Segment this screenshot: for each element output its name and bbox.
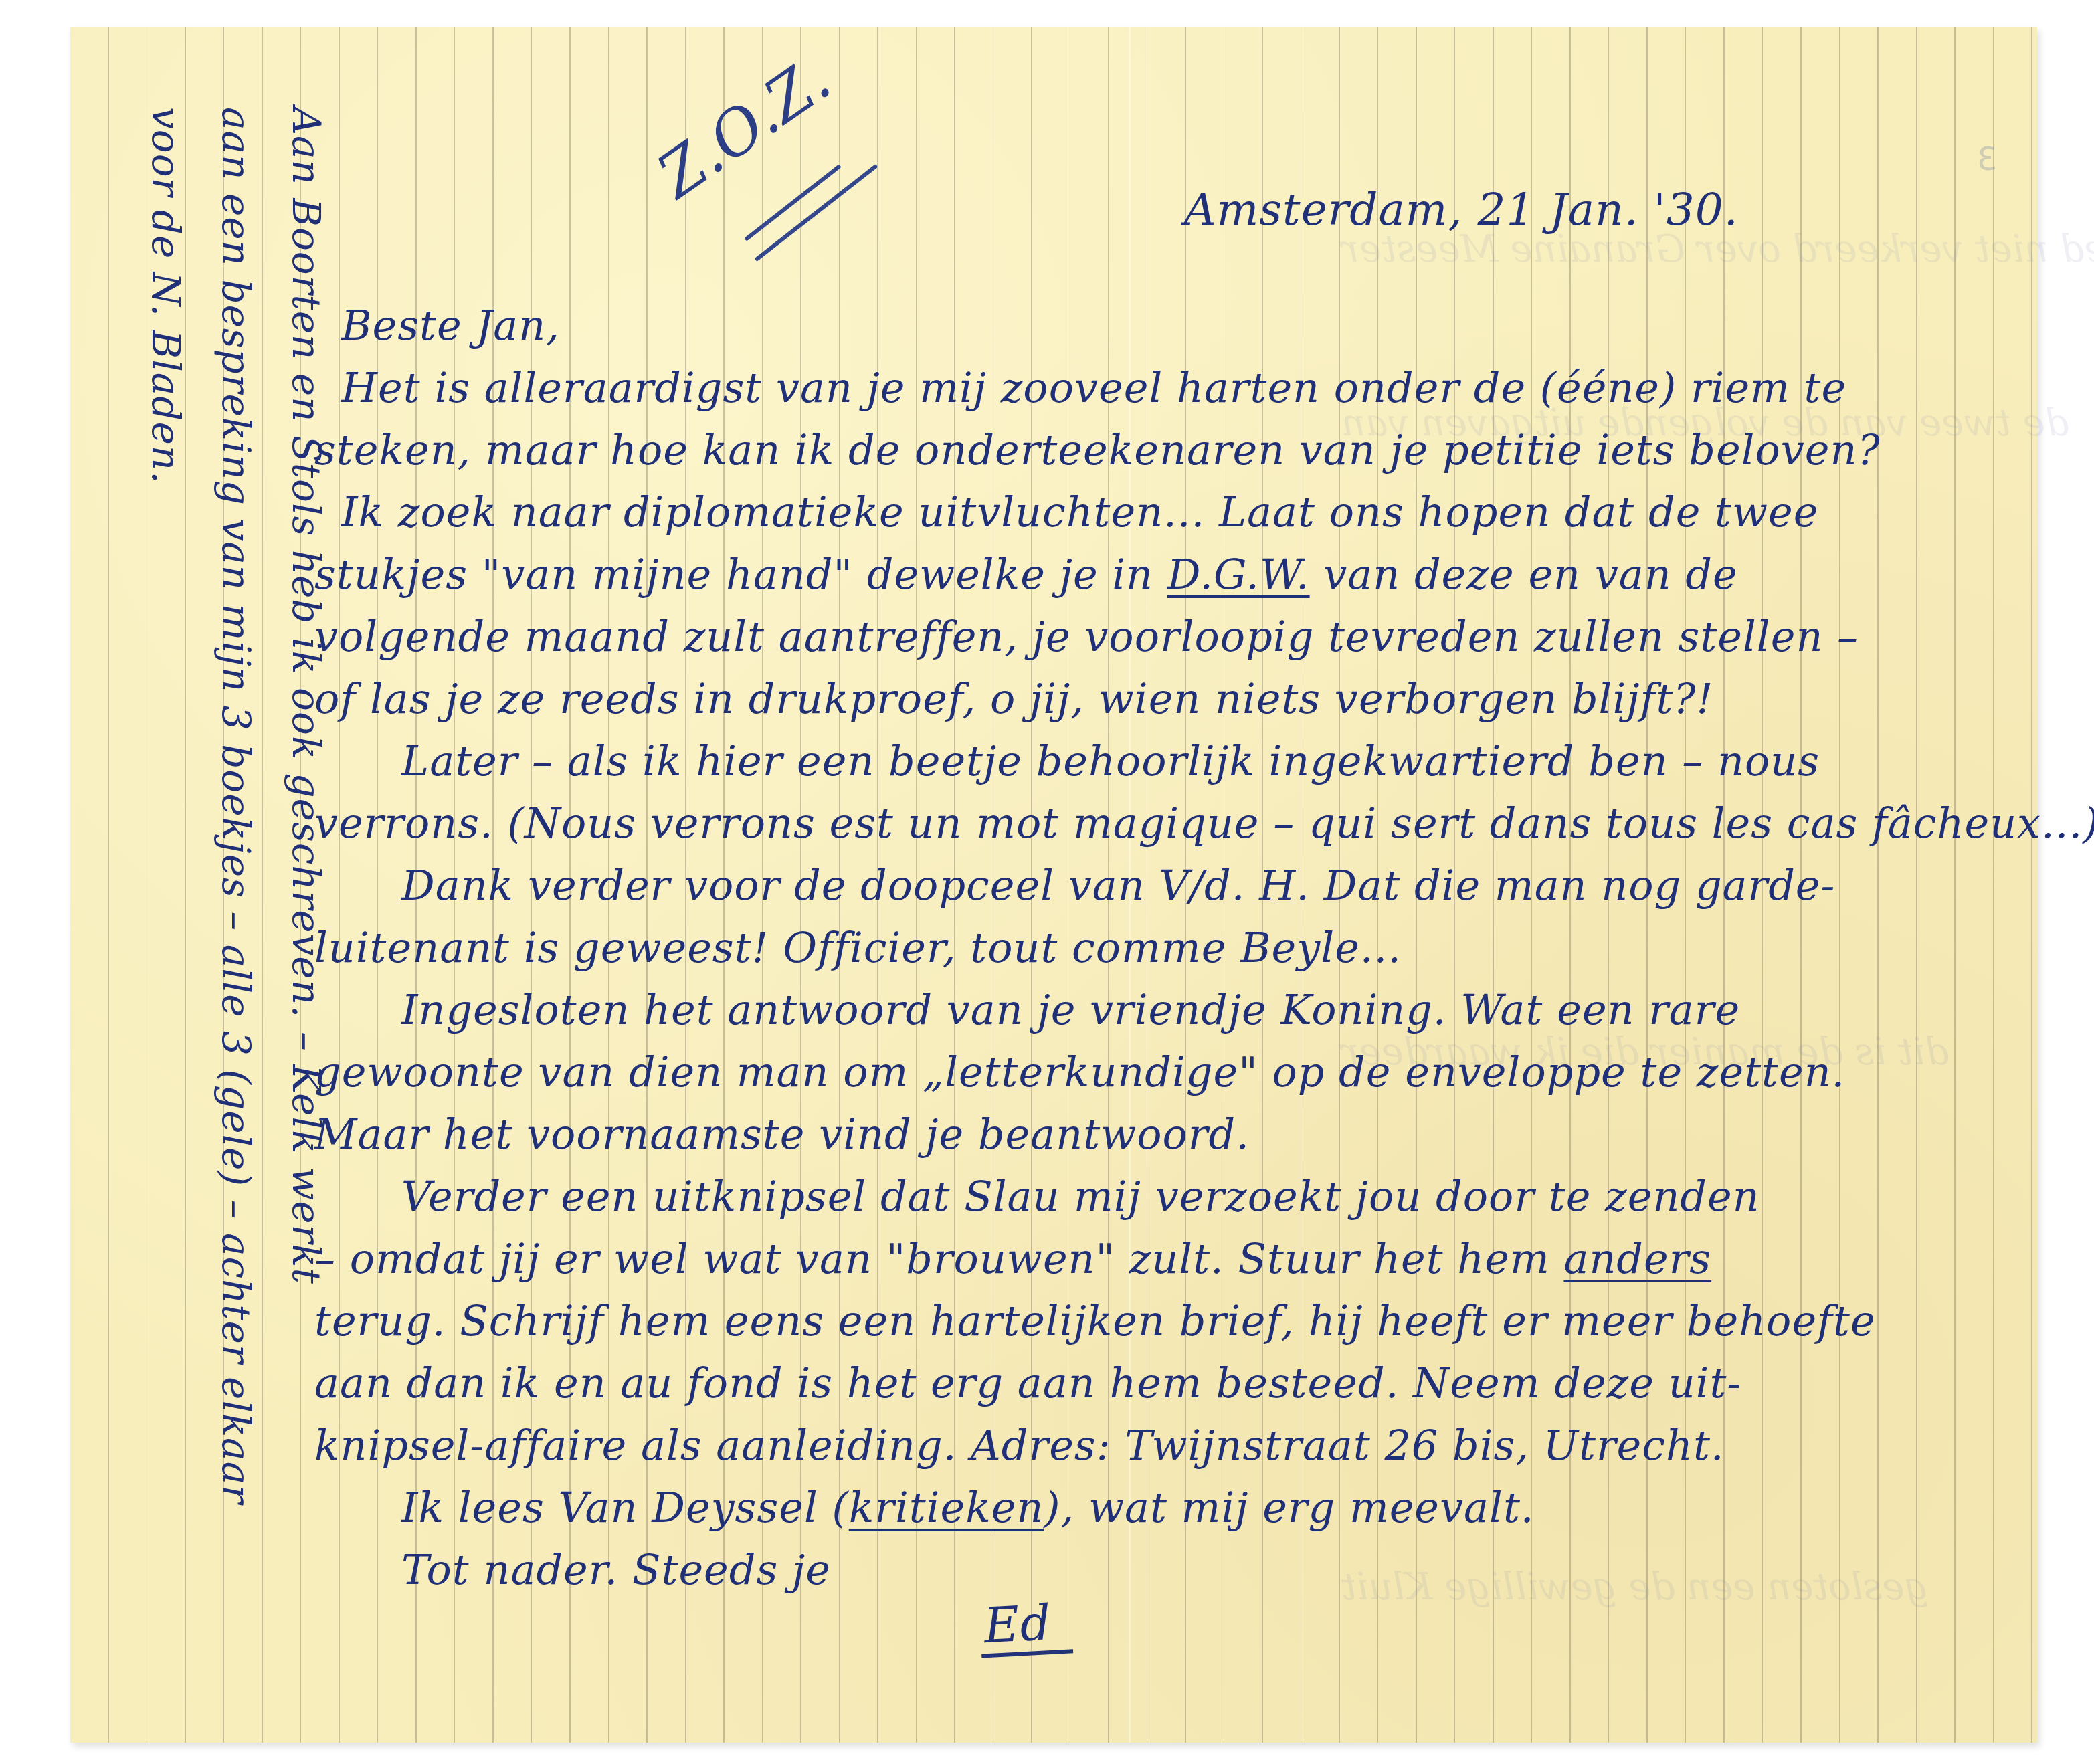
letter-line: gewoonte van dien man om „letterkundige"…	[314, 1041, 2027, 1103]
pencil-mark: Ɛ	[1977, 140, 1996, 178]
letter-line: stukjes "van mijne hand" dewelke je in D…	[314, 543, 2027, 605]
letter-line: Tot nader. Steeds je	[314, 1539, 2027, 1601]
margin-note-line: aan een bespreking van mijn 3 boekjes – …	[201, 107, 271, 1646]
letter-line: Ik lees Van Deyssel (kritieken), wat mij…	[314, 1476, 2027, 1539]
place-date: Amsterdam, 21 Jan. '30.	[1184, 184, 1739, 235]
letter-line: terug. Schrijf hem eens een hartelijken …	[314, 1290, 2027, 1352]
letter-line: – omdat jij er wel wat van "brouwen" zul…	[314, 1228, 2027, 1290]
underlined-word: kritieken	[849, 1483, 1044, 1532]
letter-line: aan dan ik en au fond is het erg aan hem…	[314, 1352, 2027, 1414]
letter-line: Dank verder voor de doopceel van V/d. H.…	[314, 854, 2027, 916]
letter-line: steken, maar hoe kan ik de onderteekenar…	[314, 419, 2027, 481]
letter-line: luitenant is geweest! Officier, tout com…	[314, 916, 2027, 979]
margin-note-line: Aan Boorten en Stols heb ik ook geschrev…	[271, 107, 341, 1646]
underlined-word: anders	[1563, 1234, 1711, 1283]
letter-body: Beste Jan, Het is alleraardigst van je m…	[314, 294, 2027, 1601]
letter-line: verrons. (Nous verrons est un mot magiqu…	[314, 792, 2027, 854]
letter-line: Ingesloten het antwoord van je vriendje …	[314, 979, 2027, 1041]
letter-line: of las je ze reeds in drukproef, o jij, …	[314, 668, 2027, 730]
letter-line: knipsel-affaire als aanleiding. Adres: T…	[314, 1414, 2027, 1476]
underlined-word: D.G.W.	[1167, 550, 1310, 599]
letter-line: Maar het voornaamste vind je beantwoord.	[314, 1103, 2027, 1165]
salutation: Beste Jan,	[314, 294, 2027, 357]
margin-note: Aan Boorten en Stols heb ik ook geschrev…	[87, 107, 341, 1646]
margin-note-line: voor de N. Bladen.	[130, 107, 201, 1646]
letter-line: Verder een uitknipsel dat Slau mij verzo…	[314, 1165, 2027, 1228]
signature: Ed	[979, 1593, 1073, 1658]
letter-line: Later – als ik hier een beetje behoorlij…	[314, 730, 2027, 792]
letter-line: Het is alleraardigst van je mij zooveel …	[314, 357, 2027, 419]
letter-line: Ik zoek naar diplomatieke uitvluchten...…	[314, 481, 2027, 543]
letter-line: volgende maand zult aantreffen, je voorl…	[314, 605, 2027, 668]
